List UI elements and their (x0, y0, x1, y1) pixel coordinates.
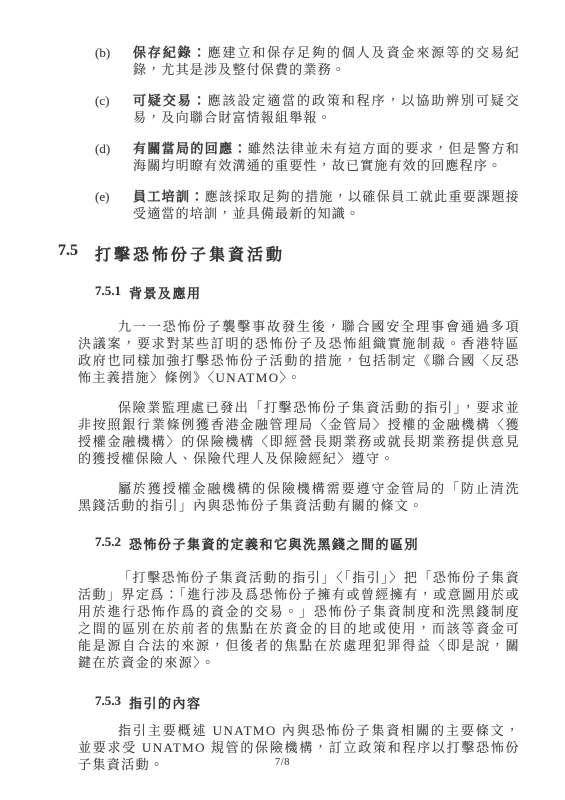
subsection-title: 恐怖份子集資的定義和它與洗黑錢之間的區別 (129, 534, 419, 553)
list-item-c: (c) 可疑交易：應該設定適當的政策和程序，以協助辨別可疑交易，及向聯合財富情報… (95, 92, 520, 126)
list-item-label: (b) (95, 44, 133, 78)
list-item-text: 保存紀錄：應建立和保存足夠的個人及資金來源等的交易紀錄，尤其是涉及整付保費的業務… (133, 44, 520, 78)
subsection-title: 指引的內容 (129, 693, 202, 712)
list-item-label: (e) (95, 188, 133, 222)
subsection-title: 背景及應用 (129, 283, 202, 302)
list-item-text: 可疑交易：應該設定適當的政策和程序，以協助辨別可疑交易，及向聯合財富情報組舉報。 (133, 92, 520, 126)
list-item-term: 有關當局的回應： (133, 141, 248, 156)
list-item-e: (e) 員工培訓：應該採取足夠的措施，以確保員工就此重要課題接受適當的培訓，並具… (95, 188, 520, 222)
paragraph: 屬於獲授權金融機構的保險機構需要遵守金管局的「防止清洗黑錢活動的指引」內與恐怖份… (78, 480, 520, 514)
list-item-term: 保存紀錄： (133, 45, 208, 60)
list-item-text: 員工培訓：應該採取足夠的措施，以確保員工就此重要課題接受適當的培訓，並具備最新的… (133, 188, 520, 222)
list-item-term: 可疑交易： (133, 93, 208, 108)
document-content: (b) 保存紀錄：應建立和保存足夠的個人及資金來源等的交易紀錄，尤其是涉及整付保… (0, 0, 565, 773)
subsection-number: 7.5.1 (95, 283, 121, 302)
list-item-term: 員工培訓： (133, 189, 205, 204)
subsection-number: 7.5.3 (95, 693, 121, 712)
list-item-b: (b) 保存紀錄：應建立和保存足夠的個人及資金來源等的交易紀錄，尤其是涉及整付保… (95, 44, 520, 78)
subsection-heading-7-5-1: 7.5.1 背景及應用 (95, 283, 520, 302)
subsection-number: 7.5.2 (95, 534, 121, 553)
section-title: 打擊恐怖份子集資活動 (95, 242, 285, 265)
paragraph: 「打擊恐怖份子集資活動的指引」〈「指引」〉把「恐怖份子集資活動」界定爲：「進行涉… (78, 569, 520, 671)
subsection-heading-7-5-3: 7.5.3 指引的內容 (95, 693, 520, 712)
subsection-heading-7-5-2: 7.5.2 恐怖份子集資的定義和它與洗黑錢之間的區別 (95, 534, 520, 553)
page-number: 7/8 (275, 757, 290, 768)
list-item-label: (d) (95, 140, 133, 174)
list-item-d: (d) 有關當局的回應：雖然法律並未有這方面的要求，但是警方和海關均明瞭有效溝通… (95, 140, 520, 174)
list-item-label: (c) (95, 92, 133, 126)
section-heading-7-5: 7.5 打擊恐怖份子集資活動 (58, 242, 520, 265)
list-item-text: 有關當局的回應：雖然法律並未有這方面的要求，但是警方和海關均明瞭有效溝通的重要性… (133, 140, 520, 174)
paragraph: 九一一恐怖份子襲擊事故發生後，聯合國安全理事會通過多項決議案，要求對某些訂明的恐… (78, 318, 520, 386)
page-footer: 7/8 (0, 757, 565, 768)
section-number: 7.5 (58, 242, 95, 265)
paragraph: 保險業監理處已發出「打擊恐怖份子集資活動的指引」，要求並非按照銀行業條例獲香港金… (78, 399, 520, 467)
document-page: (b) 保存紀錄：應建立和保存足夠的個人及資金來源等的交易紀錄，尤其是涉及整付保… (0, 0, 565, 800)
